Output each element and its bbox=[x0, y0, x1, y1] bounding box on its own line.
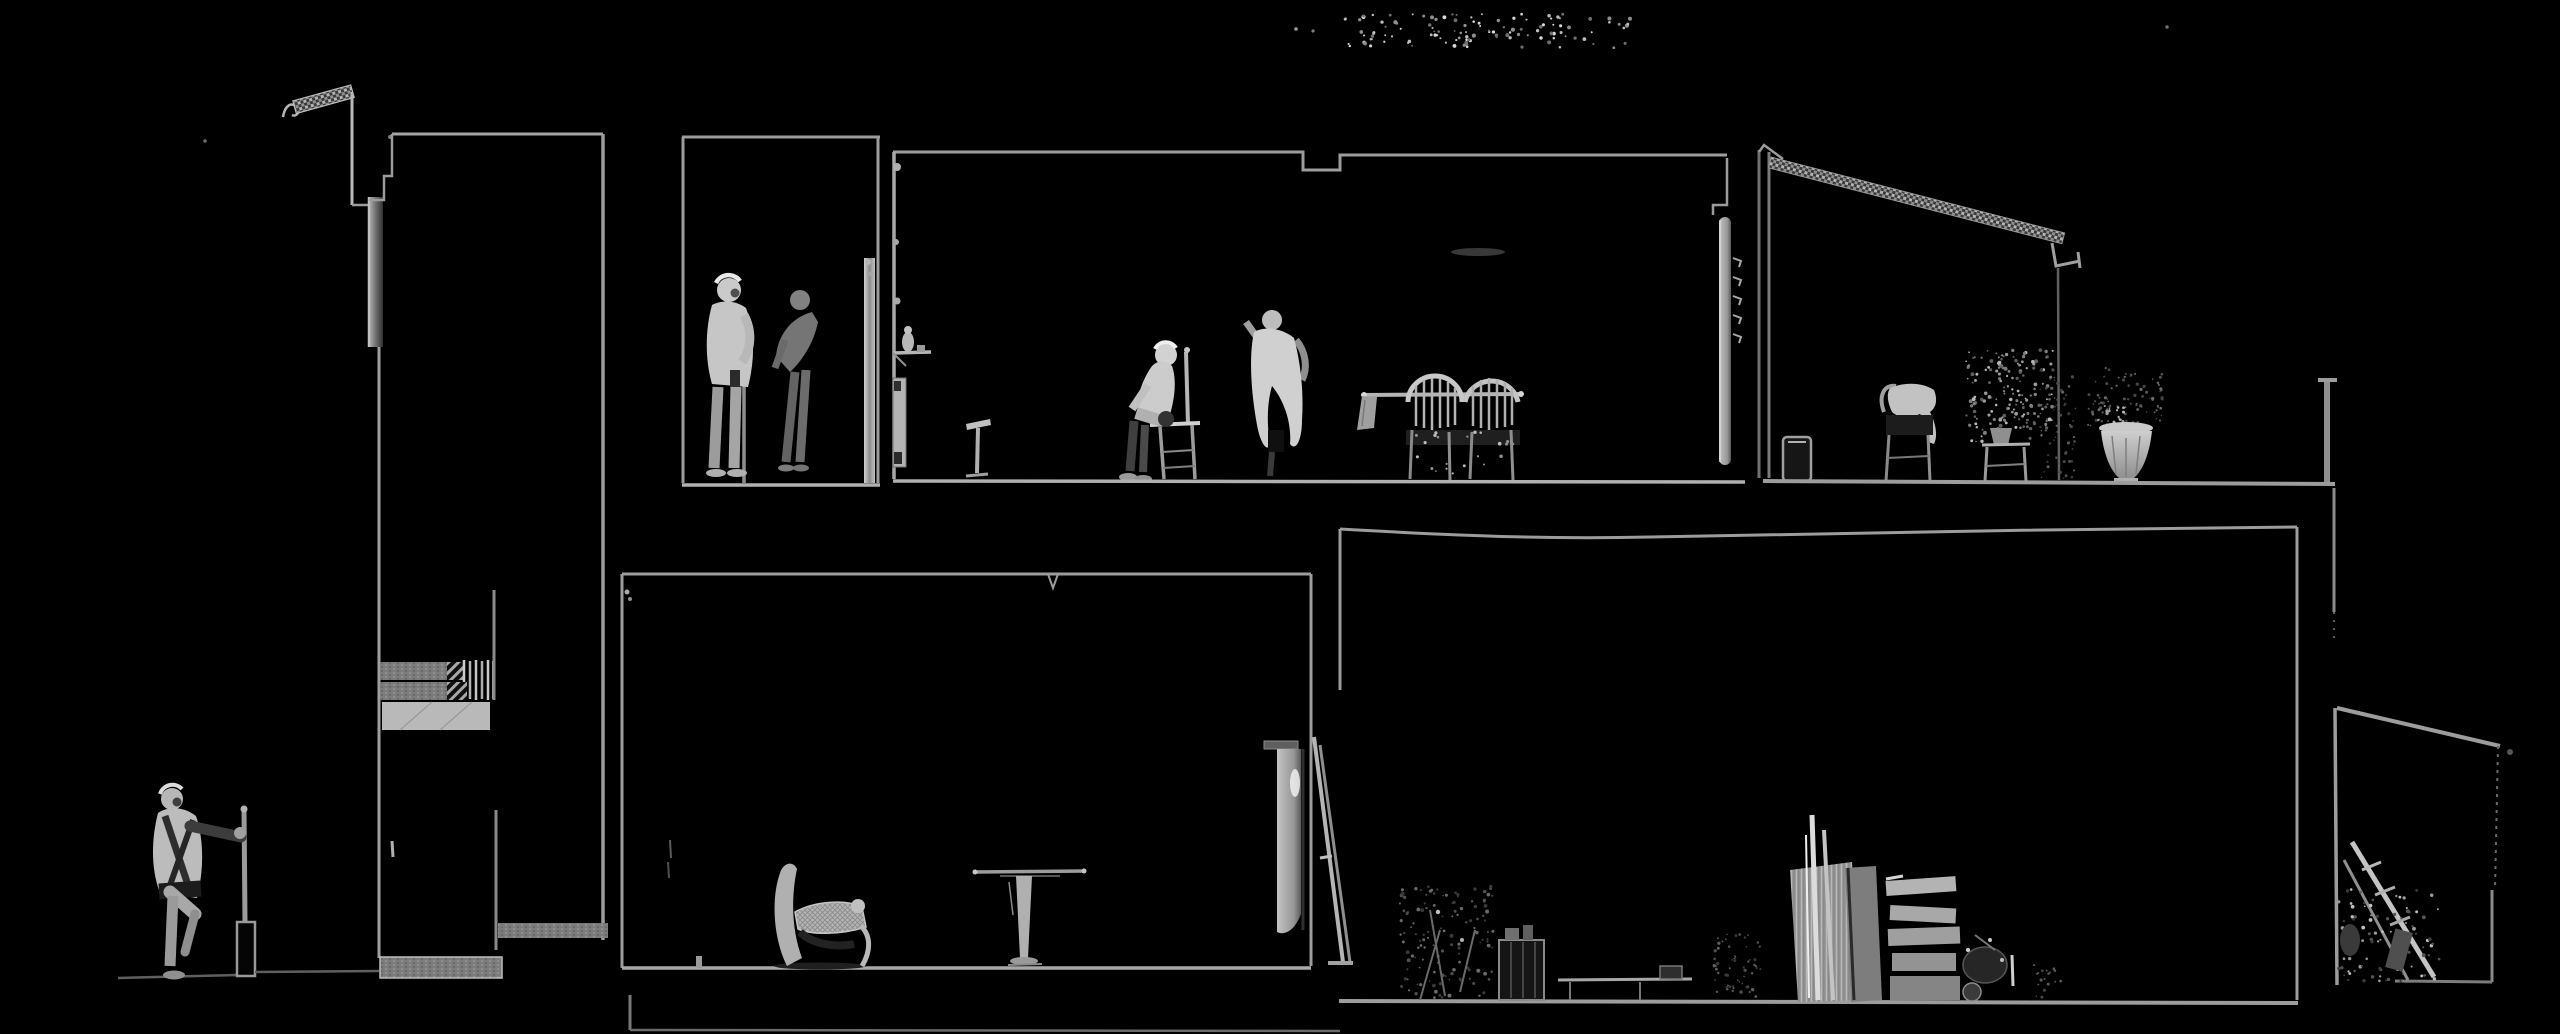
point bbox=[2022, 355, 2025, 358]
point bbox=[1430, 15, 1434, 19]
point bbox=[1412, 13, 1414, 15]
point bbox=[1520, 46, 1523, 49]
point bbox=[2343, 920, 2345, 922]
clutter-blob bbox=[2340, 924, 2360, 956]
point bbox=[1459, 978, 1462, 981]
sign-post-top bbox=[241, 806, 248, 813]
point bbox=[2406, 907, 2408, 909]
small-box bbox=[1660, 966, 1682, 979]
point bbox=[1445, 975, 1447, 977]
point bbox=[2136, 408, 2139, 411]
point bbox=[2422, 953, 2426, 957]
shin bbox=[1130, 421, 1134, 471]
point bbox=[1488, 30, 1490, 32]
table-edge-highlight bbox=[973, 870, 978, 875]
point bbox=[2368, 932, 2371, 935]
point bbox=[1512, 17, 1515, 20]
point bbox=[1415, 434, 1418, 437]
stair-landing bbox=[382, 702, 490, 730]
point bbox=[2059, 471, 2062, 474]
point bbox=[2152, 378, 2153, 379]
bin-body bbox=[1783, 437, 1811, 481]
point bbox=[1450, 943, 1453, 946]
point bbox=[2017, 363, 2019, 365]
point bbox=[1408, 989, 1410, 991]
point bbox=[1984, 391, 1987, 394]
point bbox=[2387, 978, 2390, 981]
point bbox=[1349, 45, 1351, 47]
point bbox=[2115, 385, 2117, 387]
point bbox=[1407, 979, 1409, 981]
point bbox=[2065, 474, 2068, 477]
point bbox=[2125, 420, 2128, 423]
point bbox=[1451, 915, 1453, 917]
point bbox=[2055, 456, 2058, 459]
point bbox=[1725, 986, 1728, 989]
point bbox=[1726, 934, 1728, 936]
point bbox=[1428, 23, 1432, 27]
point bbox=[1536, 29, 1539, 32]
leg bbox=[800, 370, 806, 462]
point bbox=[1432, 984, 1436, 988]
sign-post bbox=[244, 808, 245, 922]
point bbox=[1756, 941, 1759, 944]
point bbox=[2007, 407, 2010, 410]
point bbox=[1716, 962, 1719, 965]
wheel bbox=[1963, 983, 1981, 1001]
point bbox=[1743, 976, 1745, 978]
point bbox=[2056, 404, 2058, 406]
point bbox=[2011, 377, 2014, 380]
point bbox=[1359, 30, 1363, 34]
face-shadow bbox=[731, 289, 740, 298]
point bbox=[2378, 967, 2381, 970]
point bbox=[2016, 377, 2019, 380]
point bbox=[2005, 353, 2008, 356]
point bbox=[1436, 888, 1438, 890]
point bbox=[1989, 368, 1992, 371]
point bbox=[1400, 28, 1402, 30]
point bbox=[2022, 403, 2024, 405]
point bbox=[1965, 360, 1967, 362]
point bbox=[1478, 22, 1481, 25]
point bbox=[1980, 398, 1983, 401]
point bbox=[2049, 362, 2052, 365]
point bbox=[1437, 30, 1440, 33]
point bbox=[1383, 41, 1385, 43]
point bbox=[1717, 942, 1720, 945]
point bbox=[2099, 397, 2101, 399]
point bbox=[1468, 38, 1471, 41]
point bbox=[2043, 471, 2045, 473]
point bbox=[2026, 425, 2029, 428]
base-slab bbox=[380, 957, 502, 978]
door-edge-band bbox=[864, 258, 875, 483]
point bbox=[1965, 414, 1967, 416]
point bbox=[2059, 414, 2062, 417]
point bbox=[1491, 895, 1493, 897]
point bbox=[1747, 934, 1749, 936]
point bbox=[1487, 893, 1491, 897]
point bbox=[1425, 894, 1427, 896]
point bbox=[1454, 30, 1456, 32]
point bbox=[2337, 967, 2340, 970]
table-top bbox=[973, 871, 1086, 872]
point bbox=[2104, 396, 2107, 399]
point bbox=[2402, 974, 2404, 976]
point bbox=[1465, 35, 1468, 38]
point bbox=[1559, 46, 1562, 49]
head bbox=[790, 290, 810, 310]
point bbox=[2347, 979, 2349, 981]
point bbox=[2033, 964, 2035, 966]
point bbox=[1503, 26, 1505, 28]
point bbox=[1738, 933, 1741, 936]
point bbox=[2048, 417, 2052, 421]
point bbox=[1465, 43, 1468, 46]
point bbox=[2021, 394, 2023, 396]
point bbox=[1560, 31, 1563, 34]
point bbox=[2053, 377, 2055, 379]
stray-point bbox=[1311, 29, 1314, 32]
point bbox=[2059, 980, 2062, 983]
point bbox=[2093, 403, 2094, 404]
point bbox=[1715, 968, 1718, 971]
point bbox=[1970, 404, 1973, 407]
point bbox=[1993, 418, 1996, 421]
frame-knob bbox=[2507, 749, 2513, 755]
point bbox=[2122, 378, 2125, 381]
point bbox=[2122, 406, 2125, 409]
crate-body bbox=[1499, 940, 1544, 1000]
point bbox=[1512, 443, 1515, 446]
point bbox=[2400, 917, 2402, 919]
bright-speck bbox=[2000, 958, 2004, 962]
point bbox=[2088, 408, 2090, 410]
point bbox=[2029, 437, 2032, 440]
shin bbox=[1143, 425, 1145, 472]
point bbox=[1416, 455, 1419, 458]
point bbox=[1968, 424, 1971, 427]
point bbox=[2157, 405, 2159, 407]
point bbox=[1490, 970, 1493, 973]
point bbox=[1371, 35, 1374, 38]
point bbox=[1754, 995, 1757, 998]
point bbox=[1454, 910, 1457, 913]
point bbox=[2361, 926, 2365, 930]
door-lintel bbox=[1264, 741, 1298, 749]
point bbox=[2011, 411, 2014, 414]
point bbox=[1445, 468, 1447, 470]
point bbox=[1628, 17, 1632, 21]
point bbox=[1973, 410, 1977, 414]
point bbox=[1974, 379, 1977, 382]
point bbox=[1999, 417, 2002, 420]
point bbox=[2041, 430, 2043, 432]
point bbox=[2428, 954, 2430, 956]
point bbox=[2005, 422, 2008, 425]
point bbox=[2337, 900, 2340, 903]
point bbox=[2370, 914, 2372, 916]
statuette bbox=[902, 332, 914, 352]
crate-item bbox=[1505, 928, 1519, 940]
point bbox=[1454, 891, 1457, 894]
point bbox=[1539, 25, 1543, 29]
ground-line bbox=[2395, 981, 2492, 982]
point bbox=[2146, 411, 2148, 413]
point bbox=[2065, 394, 2067, 396]
point bbox=[1511, 28, 1515, 32]
point bbox=[2108, 406, 2111, 409]
point bbox=[1433, 996, 1436, 999]
point bbox=[1380, 20, 1383, 23]
point bbox=[2014, 359, 2017, 362]
point bbox=[2107, 398, 2109, 400]
point bbox=[2071, 476, 2074, 479]
point bbox=[1406, 912, 1409, 915]
point bbox=[2353, 970, 2355, 972]
point bbox=[1967, 366, 1970, 369]
point bbox=[2039, 348, 2042, 351]
stair-hatch bbox=[447, 682, 467, 700]
point bbox=[2003, 393, 2005, 395]
point bbox=[1472, 20, 1475, 23]
point bbox=[2348, 957, 2351, 960]
point bbox=[2041, 969, 2044, 972]
point bbox=[1430, 467, 1433, 470]
point bbox=[2116, 409, 2118, 411]
point bbox=[1753, 964, 1755, 966]
point bbox=[2371, 899, 2374, 902]
point bbox=[1473, 887, 1476, 890]
point bbox=[1456, 14, 1458, 16]
point bbox=[2346, 889, 2349, 892]
point bbox=[2340, 966, 2343, 969]
point bbox=[1488, 978, 1491, 981]
leg-faint bbox=[1270, 452, 1272, 476]
point bbox=[2149, 398, 2150, 399]
point bbox=[2034, 383, 2038, 387]
point bbox=[1970, 439, 1973, 442]
point bbox=[2047, 983, 2050, 986]
point bbox=[2359, 891, 2362, 894]
point bbox=[2075, 408, 2077, 410]
point bbox=[2000, 358, 2003, 361]
point bbox=[1445, 463, 1447, 465]
point bbox=[1451, 13, 1453, 15]
point bbox=[2379, 975, 2381, 977]
point bbox=[2026, 422, 2028, 424]
point bbox=[1465, 39, 1468, 42]
ladder-rung bbox=[1320, 856, 1332, 858]
point bbox=[2161, 373, 2164, 376]
point bbox=[2145, 391, 2148, 394]
point bbox=[1440, 927, 1442, 929]
point bbox=[1482, 915, 1484, 917]
point bbox=[1749, 959, 1751, 961]
point bbox=[1497, 19, 1500, 22]
point bbox=[2061, 391, 2064, 394]
point bbox=[1441, 915, 1443, 917]
point bbox=[1976, 418, 1978, 420]
point bbox=[1406, 950, 1410, 954]
point bbox=[2026, 412, 2029, 415]
point bbox=[1430, 33, 1433, 36]
point bbox=[1717, 947, 1720, 950]
point bbox=[1372, 14, 1374, 16]
point bbox=[2026, 367, 2028, 369]
point bbox=[2046, 398, 2048, 400]
point bbox=[1559, 17, 1561, 19]
point bbox=[2437, 908, 2439, 910]
point bbox=[1972, 357, 1974, 359]
point bbox=[2428, 966, 2430, 968]
point bbox=[1427, 931, 1430, 934]
point bbox=[1420, 908, 1424, 912]
point bbox=[1509, 31, 1511, 33]
point bbox=[1483, 463, 1485, 465]
point bbox=[2422, 915, 2426, 919]
point bbox=[1433, 904, 1436, 907]
point bbox=[1732, 990, 1735, 993]
point bbox=[2037, 415, 2040, 418]
point bbox=[2390, 931, 2392, 933]
point bbox=[1434, 33, 1437, 36]
point bbox=[2030, 394, 2032, 396]
point bbox=[2097, 394, 2100, 397]
point bbox=[1517, 33, 1520, 36]
point bbox=[1722, 941, 1724, 943]
point bbox=[2054, 405, 2056, 407]
point bbox=[1453, 44, 1457, 48]
point bbox=[1433, 971, 1436, 974]
point bbox=[2035, 995, 2037, 997]
point bbox=[2044, 406, 2047, 409]
point bbox=[1483, 890, 1487, 894]
point bbox=[1422, 959, 1424, 961]
point bbox=[2059, 410, 2061, 412]
point bbox=[1460, 907, 1463, 910]
point bbox=[1465, 31, 1467, 33]
point bbox=[2049, 442, 2052, 445]
point bbox=[2040, 404, 2043, 407]
point bbox=[2072, 448, 2074, 450]
point bbox=[2156, 409, 2158, 411]
point bbox=[1435, 470, 1437, 472]
point bbox=[1741, 983, 1743, 985]
wall-faint-mark bbox=[668, 862, 669, 878]
point bbox=[2408, 951, 2411, 954]
point bbox=[1975, 373, 1978, 376]
point bbox=[1404, 977, 1407, 980]
point bbox=[2365, 957, 2368, 960]
point bbox=[1401, 892, 1405, 896]
crate-item bbox=[1523, 925, 1533, 940]
point bbox=[2040, 368, 2043, 371]
point bbox=[1975, 441, 1977, 443]
point bbox=[2398, 896, 2401, 899]
point bbox=[2000, 366, 2003, 369]
point bbox=[2354, 915, 2357, 918]
stray-point bbox=[2165, 25, 2168, 28]
point bbox=[2422, 946, 2424, 948]
point bbox=[1455, 39, 1457, 41]
foundation-line bbox=[630, 1030, 1340, 1031]
point bbox=[1735, 934, 1738, 937]
point bbox=[1552, 24, 1554, 26]
point bbox=[2433, 977, 2436, 980]
point bbox=[1408, 40, 1412, 44]
point bbox=[1995, 404, 1998, 407]
slab bbox=[1888, 926, 1961, 946]
point bbox=[2018, 394, 2021, 397]
point bbox=[1414, 887, 1417, 890]
point bbox=[2400, 981, 2402, 983]
point bbox=[2047, 454, 2049, 456]
stair-hatch bbox=[447, 662, 463, 680]
point bbox=[2151, 397, 2154, 400]
point bbox=[2136, 382, 2139, 385]
point bbox=[2011, 349, 2014, 352]
point bbox=[2003, 390, 2005, 392]
point bbox=[1439, 982, 1442, 985]
point bbox=[2105, 382, 2108, 385]
point bbox=[1419, 940, 1421, 942]
point bbox=[1471, 900, 1473, 902]
point bbox=[2053, 409, 2055, 411]
point bbox=[1419, 967, 1421, 969]
foot bbox=[778, 465, 794, 472]
point bbox=[1985, 369, 1987, 371]
statuette-head bbox=[904, 326, 912, 334]
foot bbox=[793, 465, 809, 472]
table-edge-highlight bbox=[1082, 869, 1087, 874]
point bbox=[2402, 896, 2405, 899]
point bbox=[1414, 992, 1417, 995]
point bbox=[1476, 969, 1480, 973]
point bbox=[1458, 36, 1461, 39]
point bbox=[2054, 981, 2056, 983]
point bbox=[1439, 37, 1441, 39]
point bbox=[2159, 419, 2161, 421]
point bbox=[1987, 366, 1990, 369]
point bbox=[1427, 886, 1430, 889]
point bbox=[2063, 397, 2065, 399]
point bbox=[1403, 909, 1406, 912]
point bbox=[1714, 949, 1717, 952]
point bbox=[2040, 413, 2042, 415]
point bbox=[2044, 350, 2047, 353]
point bbox=[2381, 930, 2384, 933]
point bbox=[1998, 367, 2000, 369]
point bbox=[2063, 460, 2066, 463]
point bbox=[2068, 460, 2071, 463]
mid-floor-slab bbox=[498, 923, 608, 938]
point bbox=[2073, 444, 2074, 445]
point bbox=[2125, 373, 2127, 375]
point bbox=[1402, 941, 1405, 944]
room-floor bbox=[893, 481, 1745, 482]
door-highlight bbox=[1290, 769, 1300, 797]
point bbox=[1469, 978, 1471, 980]
point bbox=[2050, 405, 2054, 409]
point bbox=[1406, 968, 1408, 970]
point bbox=[2369, 918, 2373, 922]
point bbox=[1466, 436, 1468, 438]
point bbox=[2023, 352, 2026, 355]
point bbox=[1427, 937, 1429, 939]
point bbox=[1476, 918, 1479, 921]
